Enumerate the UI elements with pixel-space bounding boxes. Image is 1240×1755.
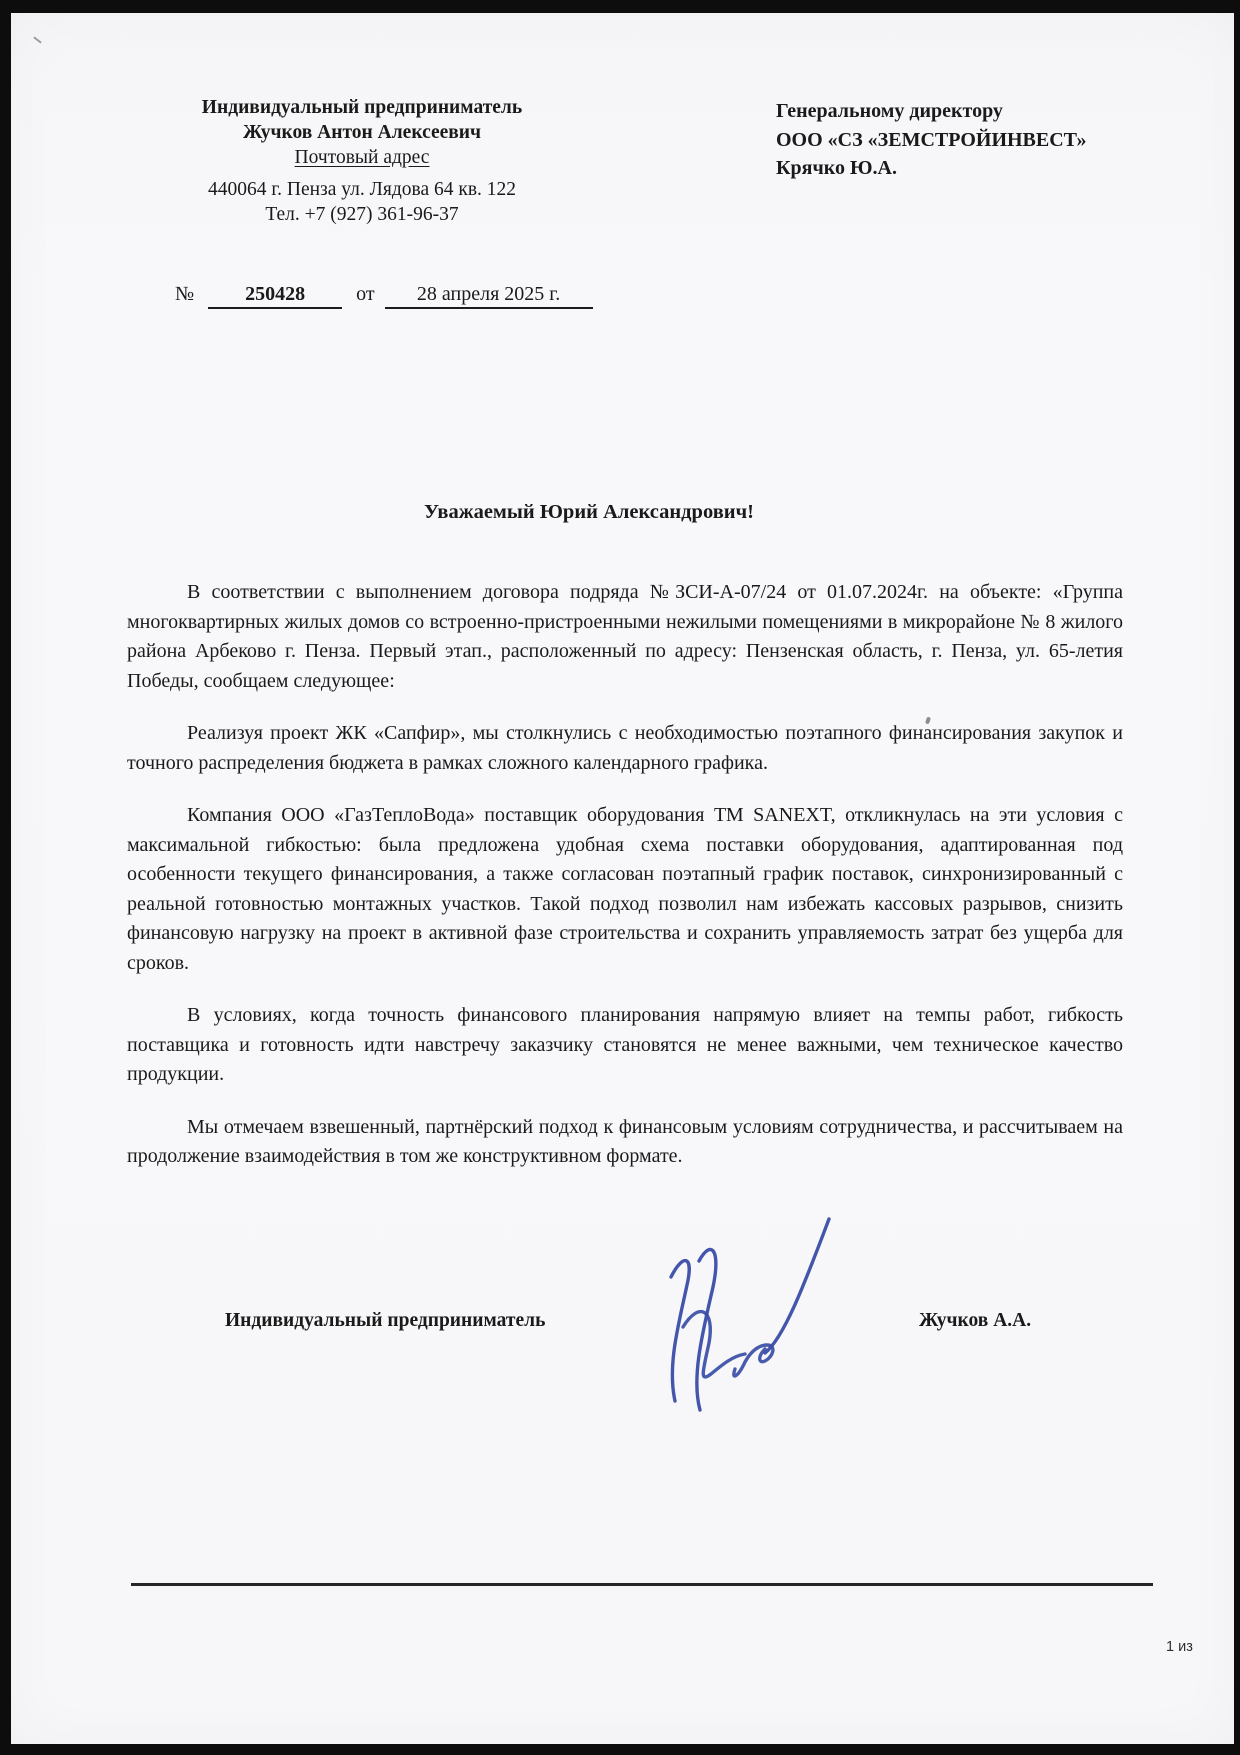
recipient-person: Крячко Ю.А. [776, 154, 1196, 183]
scan-border: Индивидуальный предприниматель Жучков Ан… [0, 0, 1240, 1755]
letter-body: В соответствии с выполнением договора по… [127, 578, 1123, 1195]
scanned-letter-page: { "letter": { "sender": { "title": "Инди… [0, 0, 1240, 1755]
reference-number-label: № [175, 283, 194, 305]
sender-name: Жучков Антон Алексеевич [176, 120, 548, 145]
paragraph-4: В условиях, когда точность финансового п… [127, 1001, 1123, 1090]
sender-address: 440064 г. Пенза ул. Лядова 64 кв. 122 [176, 177, 548, 202]
recipient-block: Генеральному директору ООО «СЗ «ЗЕМСТРОЙ… [776, 97, 1196, 183]
reference-line: №250428от28 апреля 2025 г. [175, 283, 775, 309]
reference-date-label: от [356, 283, 374, 305]
signer-title: Индивидуальный предприниматель [225, 1310, 545, 1332]
signer-name: Жучков А.А. [919, 1310, 1031, 1332]
spacer [176, 170, 548, 177]
sender-title: Индивидуальный предприниматель [176, 95, 548, 120]
paragraph-5: Мы отмечаем взвешенный, партнёрский подх… [127, 1113, 1123, 1172]
sender-address-label: Почтовый адрес [176, 145, 548, 170]
signature-ink [639, 1205, 844, 1425]
footer-divider [131, 1583, 1153, 1586]
sender-phone: Тел. +7 (927) 361-96-37 [176, 202, 548, 227]
recipient-position: Генеральному директору [776, 97, 1196, 126]
letter-paper: Индивидуальный предприниматель Жучков Ан… [11, 13, 1234, 1744]
sender-block: Индивидуальный предприниматель Жучков Ан… [176, 95, 548, 227]
paragraph-3: Компания ООО «ГазТеплоВода» поставщик об… [127, 801, 1123, 978]
reference-number: 250428 [208, 283, 342, 309]
salutation: Уважаемый Юрий Александрович! [127, 501, 1123, 524]
page-number: 1 из [1166, 1639, 1193, 1655]
reference-date: 28 апреля 2025 г. [385, 283, 593, 309]
scan-artifact [33, 36, 41, 43]
paragraph-2: Реализуя проект ЖК «Сапфир», мы столкнул… [127, 719, 1123, 778]
recipient-company: ООО «СЗ «ЗЕМСТРОЙИНВЕСТ» [776, 126, 1196, 155]
paragraph-1: В соответствии с выполнением договора по… [127, 578, 1123, 696]
